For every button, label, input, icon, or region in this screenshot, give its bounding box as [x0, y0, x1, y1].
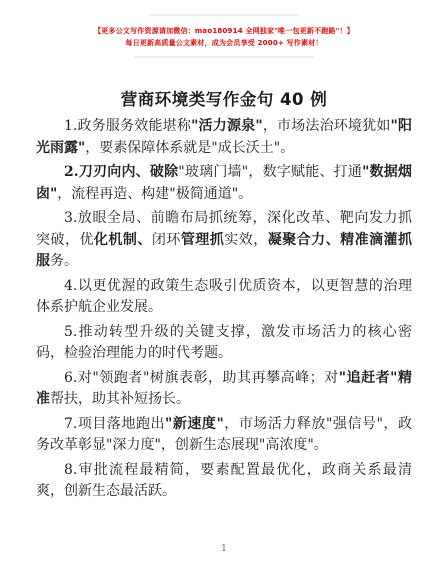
paragraph: 4.以更优渥的政策生态吸引优质资本，以更智慧的治理体系护航企业发展。: [36, 276, 412, 319]
highlighted-phrase: "活力源泉": [191, 118, 263, 134]
document-body: 1.政务服务效能堪称"活力源泉"，市场法治环境犹如"阳光雨露"，要素保障体系就是…: [36, 116, 412, 503]
body-text: 5.推动转型升级的关键支撑，激发市场活力的核心密码，检验治理能力的时代考题。: [36, 324, 412, 362]
highlighted-phrase: 管理抓: [181, 232, 224, 248]
promo-banner: 【更多公文写作资源请加微信：mao180914 全网独家"唯一包更新不跑路"！】…: [0, 25, 448, 49]
body-text: 务。: [50, 253, 78, 269]
body-text: 6.对"领跑者"树旗表彰，助其再攀高峰；对: [64, 370, 339, 386]
page-number: 1: [0, 544, 448, 554]
paragraph: 1.政务服务效能堪称"活力源泉"，市场法治环境犹如"阳光雨露"，要素保障体系就是…: [36, 116, 412, 159]
body-text: 帮扶，助其补短扬长。: [50, 391, 190, 407]
body-text: ，市场法治环境犹如: [263, 118, 391, 134]
body-text: "玻璃门墙"，数字赋能、打通: [178, 164, 362, 180]
body-text: 闭环: [152, 232, 181, 248]
promo-line-1: 【更多公文写作资源请加微信：mao180914 全网独家"唯一包更新不跑路"！】: [0, 25, 448, 37]
paragraph: 8.审批流程最精简，要素配置最优化，政商关系最清爽，创新生态最活跃。: [36, 460, 412, 503]
body-text: 4.以更优渥的政策生态吸引优质资本，以更智慧的治理体系护航企业发展。: [36, 278, 412, 316]
paragraph: 6.对"领跑者"树旗表彰，助其再攀高峰；对"追赶者"精准帮扶，助其补短扬长。: [36, 368, 412, 411]
header-smudge-bottom: [134, 56, 314, 58]
header-smudge-top: [149, 14, 299, 16]
body-text: 实效，: [224, 232, 267, 248]
paragraph: 2.刀刃向内、破除"玻璃门墙"，数字赋能、打通"数据烟囱"，流程再造、构建"极简…: [36, 162, 412, 205]
paragraph: 3.放眼全局、前瞻布局抓统筹，深化改革、靶向发力抓突破，优化机制、闭环管理抓实效…: [36, 208, 412, 273]
body-text: ，要素保障体系就是"成长沃土"。: [85, 140, 294, 156]
body-text: 7.项目落地跑出: [64, 416, 165, 432]
page-title: 营商环境类写作金句 40 例: [0, 86, 448, 110]
document-page: 【更多公文写作资源请加微信：mao180914 全网独家"唯一包更新不跑路"！】…: [0, 0, 448, 580]
promo-line-2: 每日更新高质量公文素材，成为会员享受 2000+ 写作素材！: [0, 37, 448, 49]
paragraph: 5.推动转型升级的关键支撑，激发市场活力的核心密码，检验治理能力的时代考题。: [36, 322, 412, 365]
highlighted-phrase: "新速度": [165, 416, 224, 432]
paragraph: 7.项目落地跑出"新速度"，市场活力释放"强信号"，政务改革彰显"深力度"，创新…: [36, 414, 412, 457]
body-text: 1.政务服务效能堪称: [64, 118, 191, 134]
body-text: 8.审批流程最精简，要素配置最优化，政商关系最清爽，创新生态最活跃。: [36, 462, 412, 500]
highlighted-phrase: 化机制、: [94, 232, 152, 248]
highlighted-phrase: 2.刀刃向内、破除: [64, 164, 178, 180]
body-text: ，流程再造、构建"极简通道"。: [57, 186, 252, 202]
